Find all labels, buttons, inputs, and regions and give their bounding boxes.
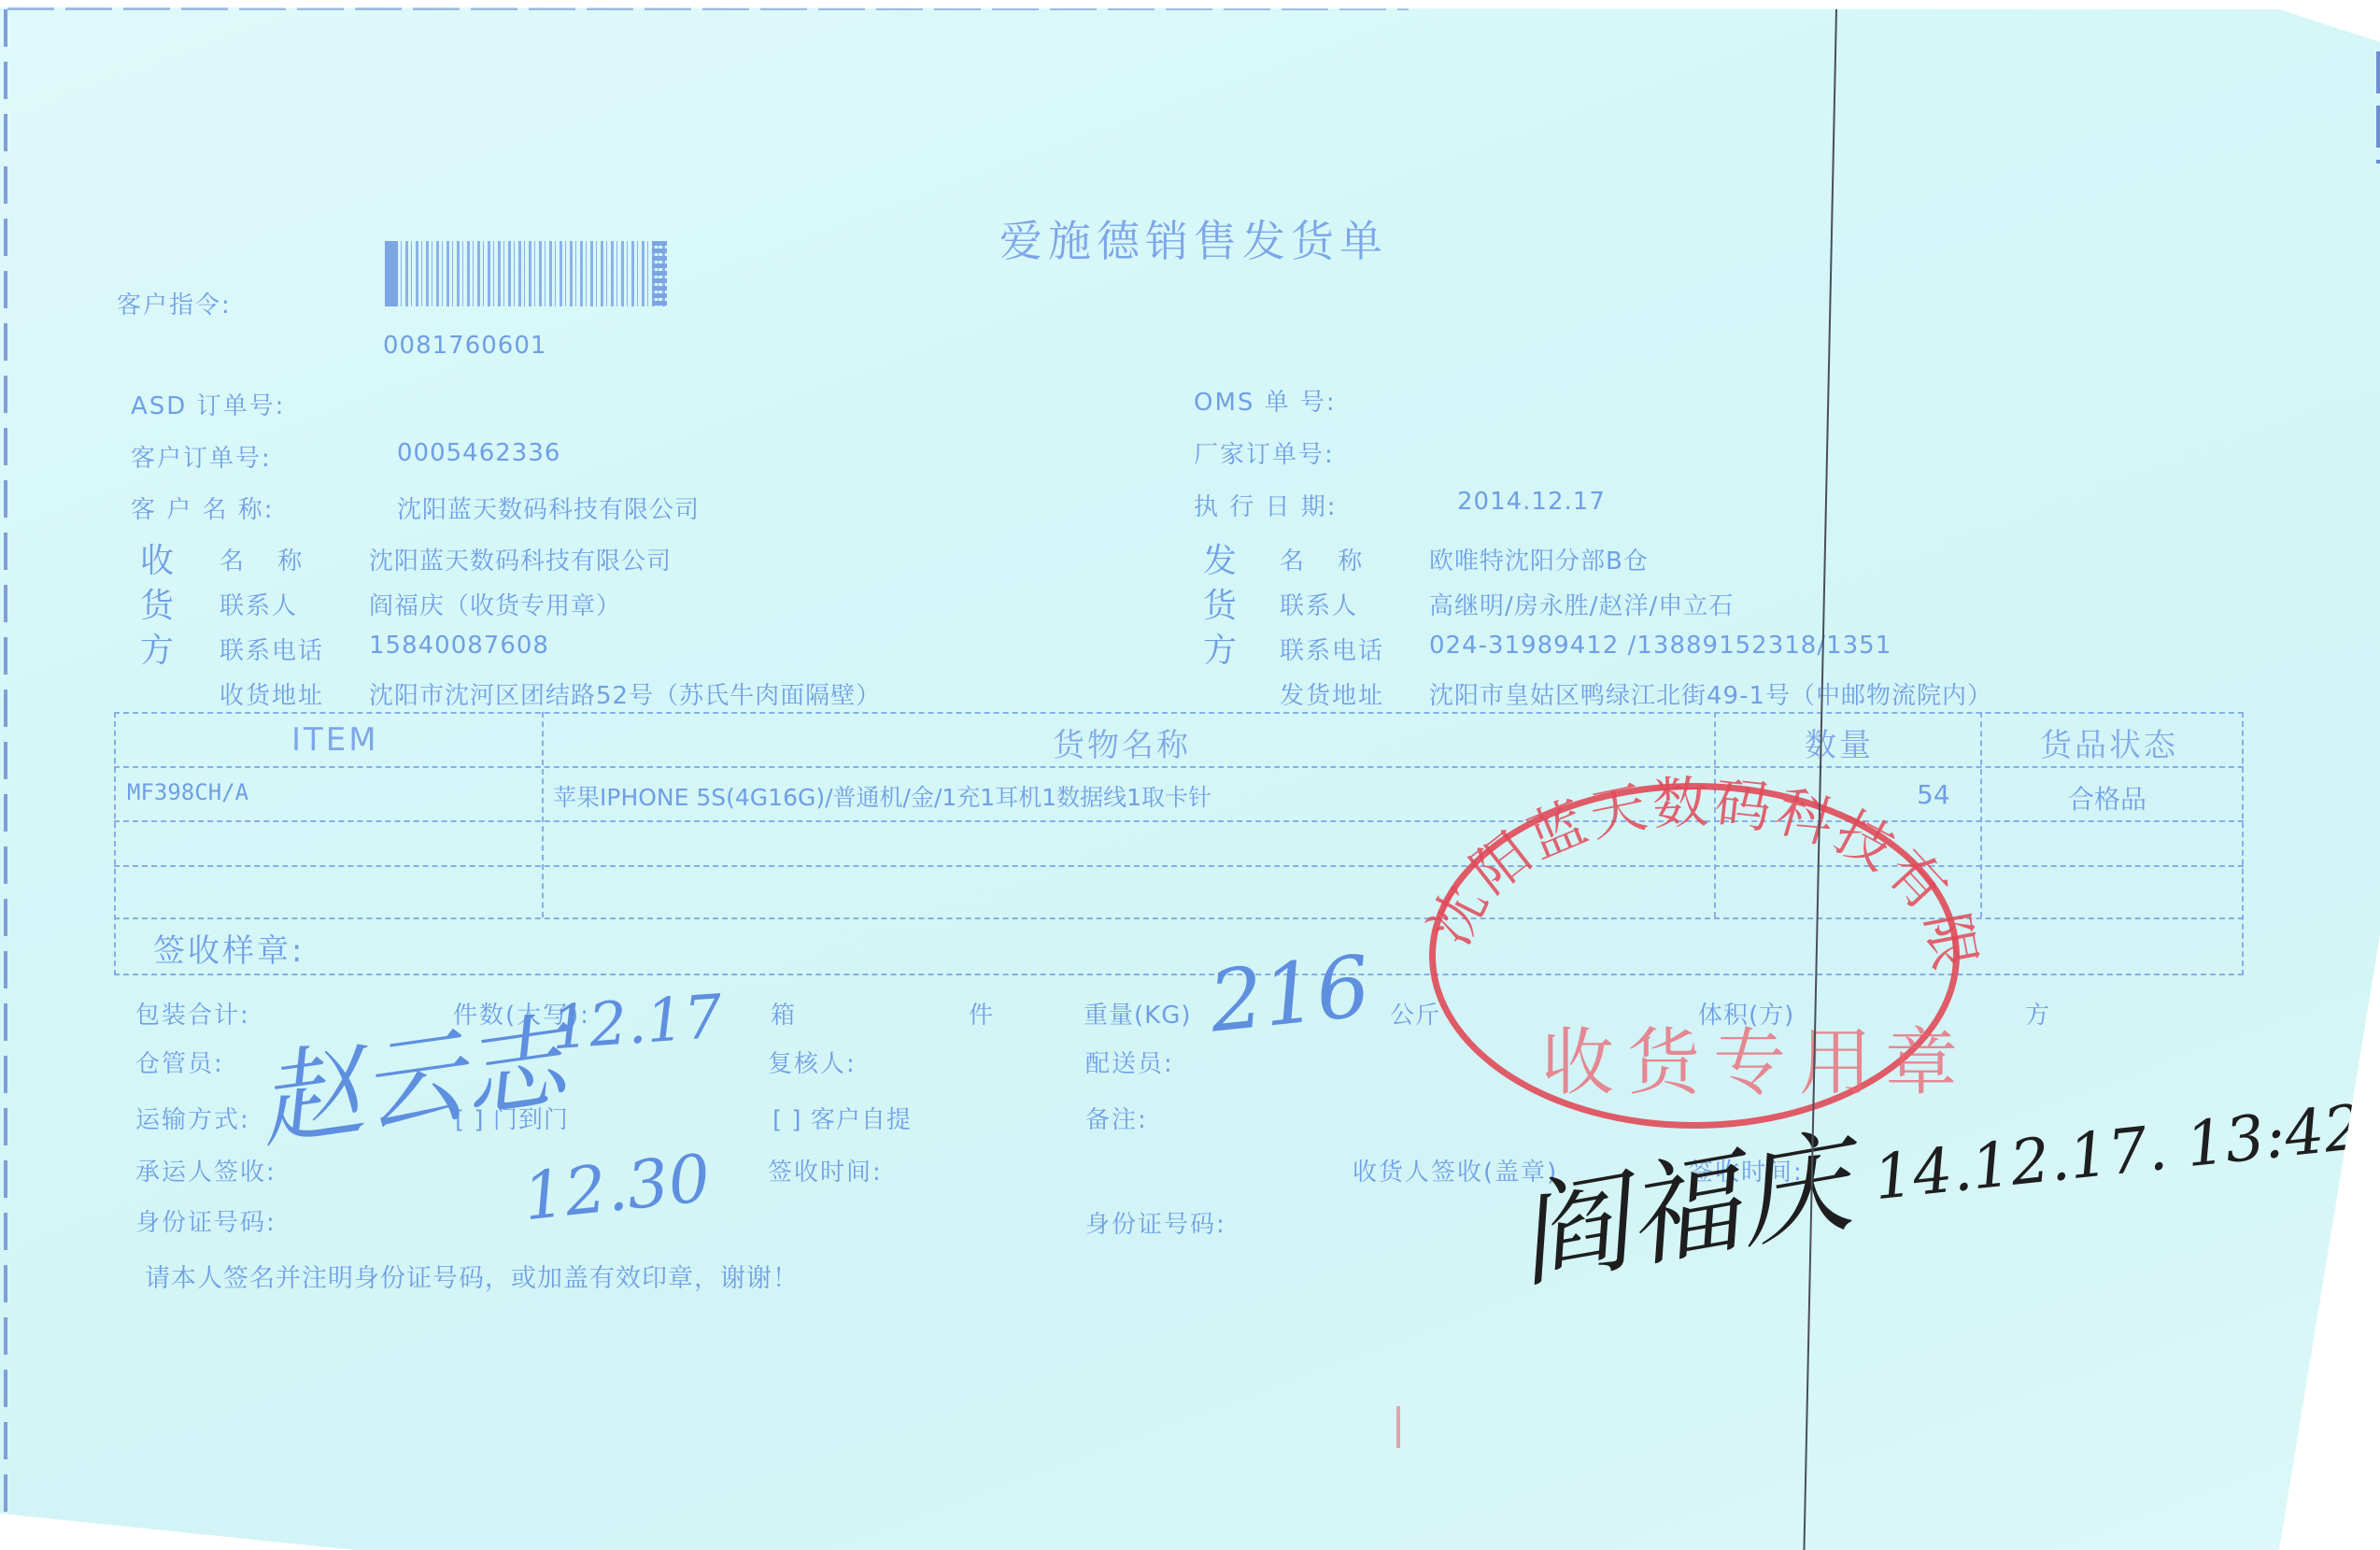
header-quantity: 数量 xyxy=(1805,719,1874,765)
shipper-contact-label: 联系人 xyxy=(1280,587,1358,621)
carrier-sign-label: 承运人签收: xyxy=(135,1153,276,1187)
top-perforation xyxy=(7,7,1409,10)
receiver-phone-label: 联系电话 xyxy=(220,632,324,666)
receiver-contact-label: 联系人 xyxy=(220,587,298,621)
row-goods-name: 苹果IPHONE 5S(4G16G)/普通机/金/1充1耳机1数据线1取卡针 xyxy=(553,779,1211,813)
warehouse-signature-handwriting: 赵云志 xyxy=(248,979,574,1168)
piece-label: 件 xyxy=(969,996,994,1031)
deliverer-label: 配送员: xyxy=(1085,1045,1174,1079)
customer-order-label: 客户订单号: xyxy=(131,439,272,474)
row-quantity: 54 xyxy=(1917,779,1950,810)
stamp-center-text: 收货专用章 xyxy=(1541,1004,1971,1109)
receiver-phone-value: 15840087608 xyxy=(369,632,549,660)
volume-unit: 方 xyxy=(2025,996,2050,1031)
receiver-signature-handwriting: 阎福庆 xyxy=(1502,1093,1861,1310)
receiver-address-value: 沈阳市沈河区团结路52号（苏氏牛肉面隔壁） xyxy=(369,676,881,711)
shipper-side-char-3: 方 xyxy=(1203,624,1238,672)
delivery-note-paper: 爱施德销售发货单 客户指令: 0081760601 ASD 订单号: 客户订单号… xyxy=(0,0,2380,1550)
date-note-handwriting: 12.17 xyxy=(549,983,725,1064)
shipper-side-char-1: 发 xyxy=(1203,534,1238,582)
customer-order-value: 0005462336 xyxy=(397,439,560,467)
receiver-side-char-2: 货 xyxy=(140,579,175,627)
sign-sample-label: 签收样章: xyxy=(153,925,305,971)
warehouse-keeper-label: 仓管员: xyxy=(135,1045,224,1079)
sign-time-label: 签收时间: xyxy=(768,1153,883,1187)
header-goods-name: 货物名称 xyxy=(1053,719,1191,765)
reviewer-label: 复核人: xyxy=(768,1045,857,1079)
customer-name-label: 客 户 名 称: xyxy=(131,491,275,525)
transport-label: 运输方式: xyxy=(135,1101,250,1135)
shipper-name-value: 欧唯特沈阳分部B仓 xyxy=(1429,542,1649,576)
factory-order-label: 厂家订单号: xyxy=(1194,435,1335,470)
red-pen-mark xyxy=(1396,1406,1400,1448)
shipper-side-char-2: 货 xyxy=(1203,579,1238,627)
notice-text: 请本人签名并注明身份证号码，或加盖有效印章，谢谢！ xyxy=(145,1258,799,1294)
receiver-time-handwriting: 14.12.17. 13:42 xyxy=(1870,1091,2366,1215)
shipper-address-value: 沈阳市皇姑区鸭绿江北街49-1号（中邮物流院内） xyxy=(1429,676,1992,711)
asd-order-label: ASD 订单号: xyxy=(131,387,285,421)
id-number-label: 身份证号码: xyxy=(135,1203,276,1238)
shipper-name-label: 名 称 xyxy=(1280,542,1375,576)
document-title: 爱施德销售发货单 xyxy=(999,207,1388,269)
exec-date-label: 执 行 日 期: xyxy=(1194,488,1338,522)
box-label: 箱 xyxy=(771,996,796,1031)
carrier-time-handwriting: 12.30 xyxy=(519,1140,714,1235)
barcode xyxy=(385,241,667,306)
shipper-address-label: 发货地址 xyxy=(1280,676,1384,711)
weight-handwriting: 216 xyxy=(1205,937,1375,1051)
barcode-number: 0081760601 xyxy=(383,332,546,360)
customer-instruction-label: 客户指令: xyxy=(117,286,232,320)
receiver-address-label: 收货地址 xyxy=(220,676,324,711)
receiver-name-value: 沈阳蓝天数码科技有限公司 xyxy=(369,542,672,576)
row-item-code: MF398CH/A xyxy=(127,779,248,805)
row-status: 合格品 xyxy=(2068,779,2146,817)
left-perforation xyxy=(4,9,7,1514)
header-status: 货品状态 xyxy=(2040,719,2178,765)
shipper-contact-value: 高继明/房永胜/赵洋/申立石 xyxy=(1429,587,1734,621)
right-perforation xyxy=(2376,51,2380,164)
header-item: ITEM xyxy=(291,721,379,759)
weight-unit: 公斤 xyxy=(1390,996,1440,1031)
receiver-side-char-1: 收 xyxy=(140,534,175,582)
receiver-side-char-3: 方 xyxy=(140,624,175,672)
package-total-label: 包装合计: xyxy=(135,996,250,1031)
self-pickup-checkbox[interactable]: [ ] 客户自提 xyxy=(772,1101,912,1135)
id-number-label-right: 身份证号码: xyxy=(1085,1205,1226,1240)
shipper-phone-label: 联系电话 xyxy=(1280,632,1384,666)
receiver-name-label: 名 称 xyxy=(220,542,315,576)
exec-date-value: 2014.12.17 xyxy=(1457,488,1606,516)
remark-label: 备注: xyxy=(1085,1101,1148,1135)
receiver-contact-value: 阎福庆（收货专用章） xyxy=(369,587,621,621)
oms-label: OMS 单 号: xyxy=(1194,383,1337,418)
customer-name-value: 沈阳蓝天数码科技有限公司 xyxy=(397,491,700,525)
weight-label: 重量(KG) xyxy=(1084,996,1192,1031)
